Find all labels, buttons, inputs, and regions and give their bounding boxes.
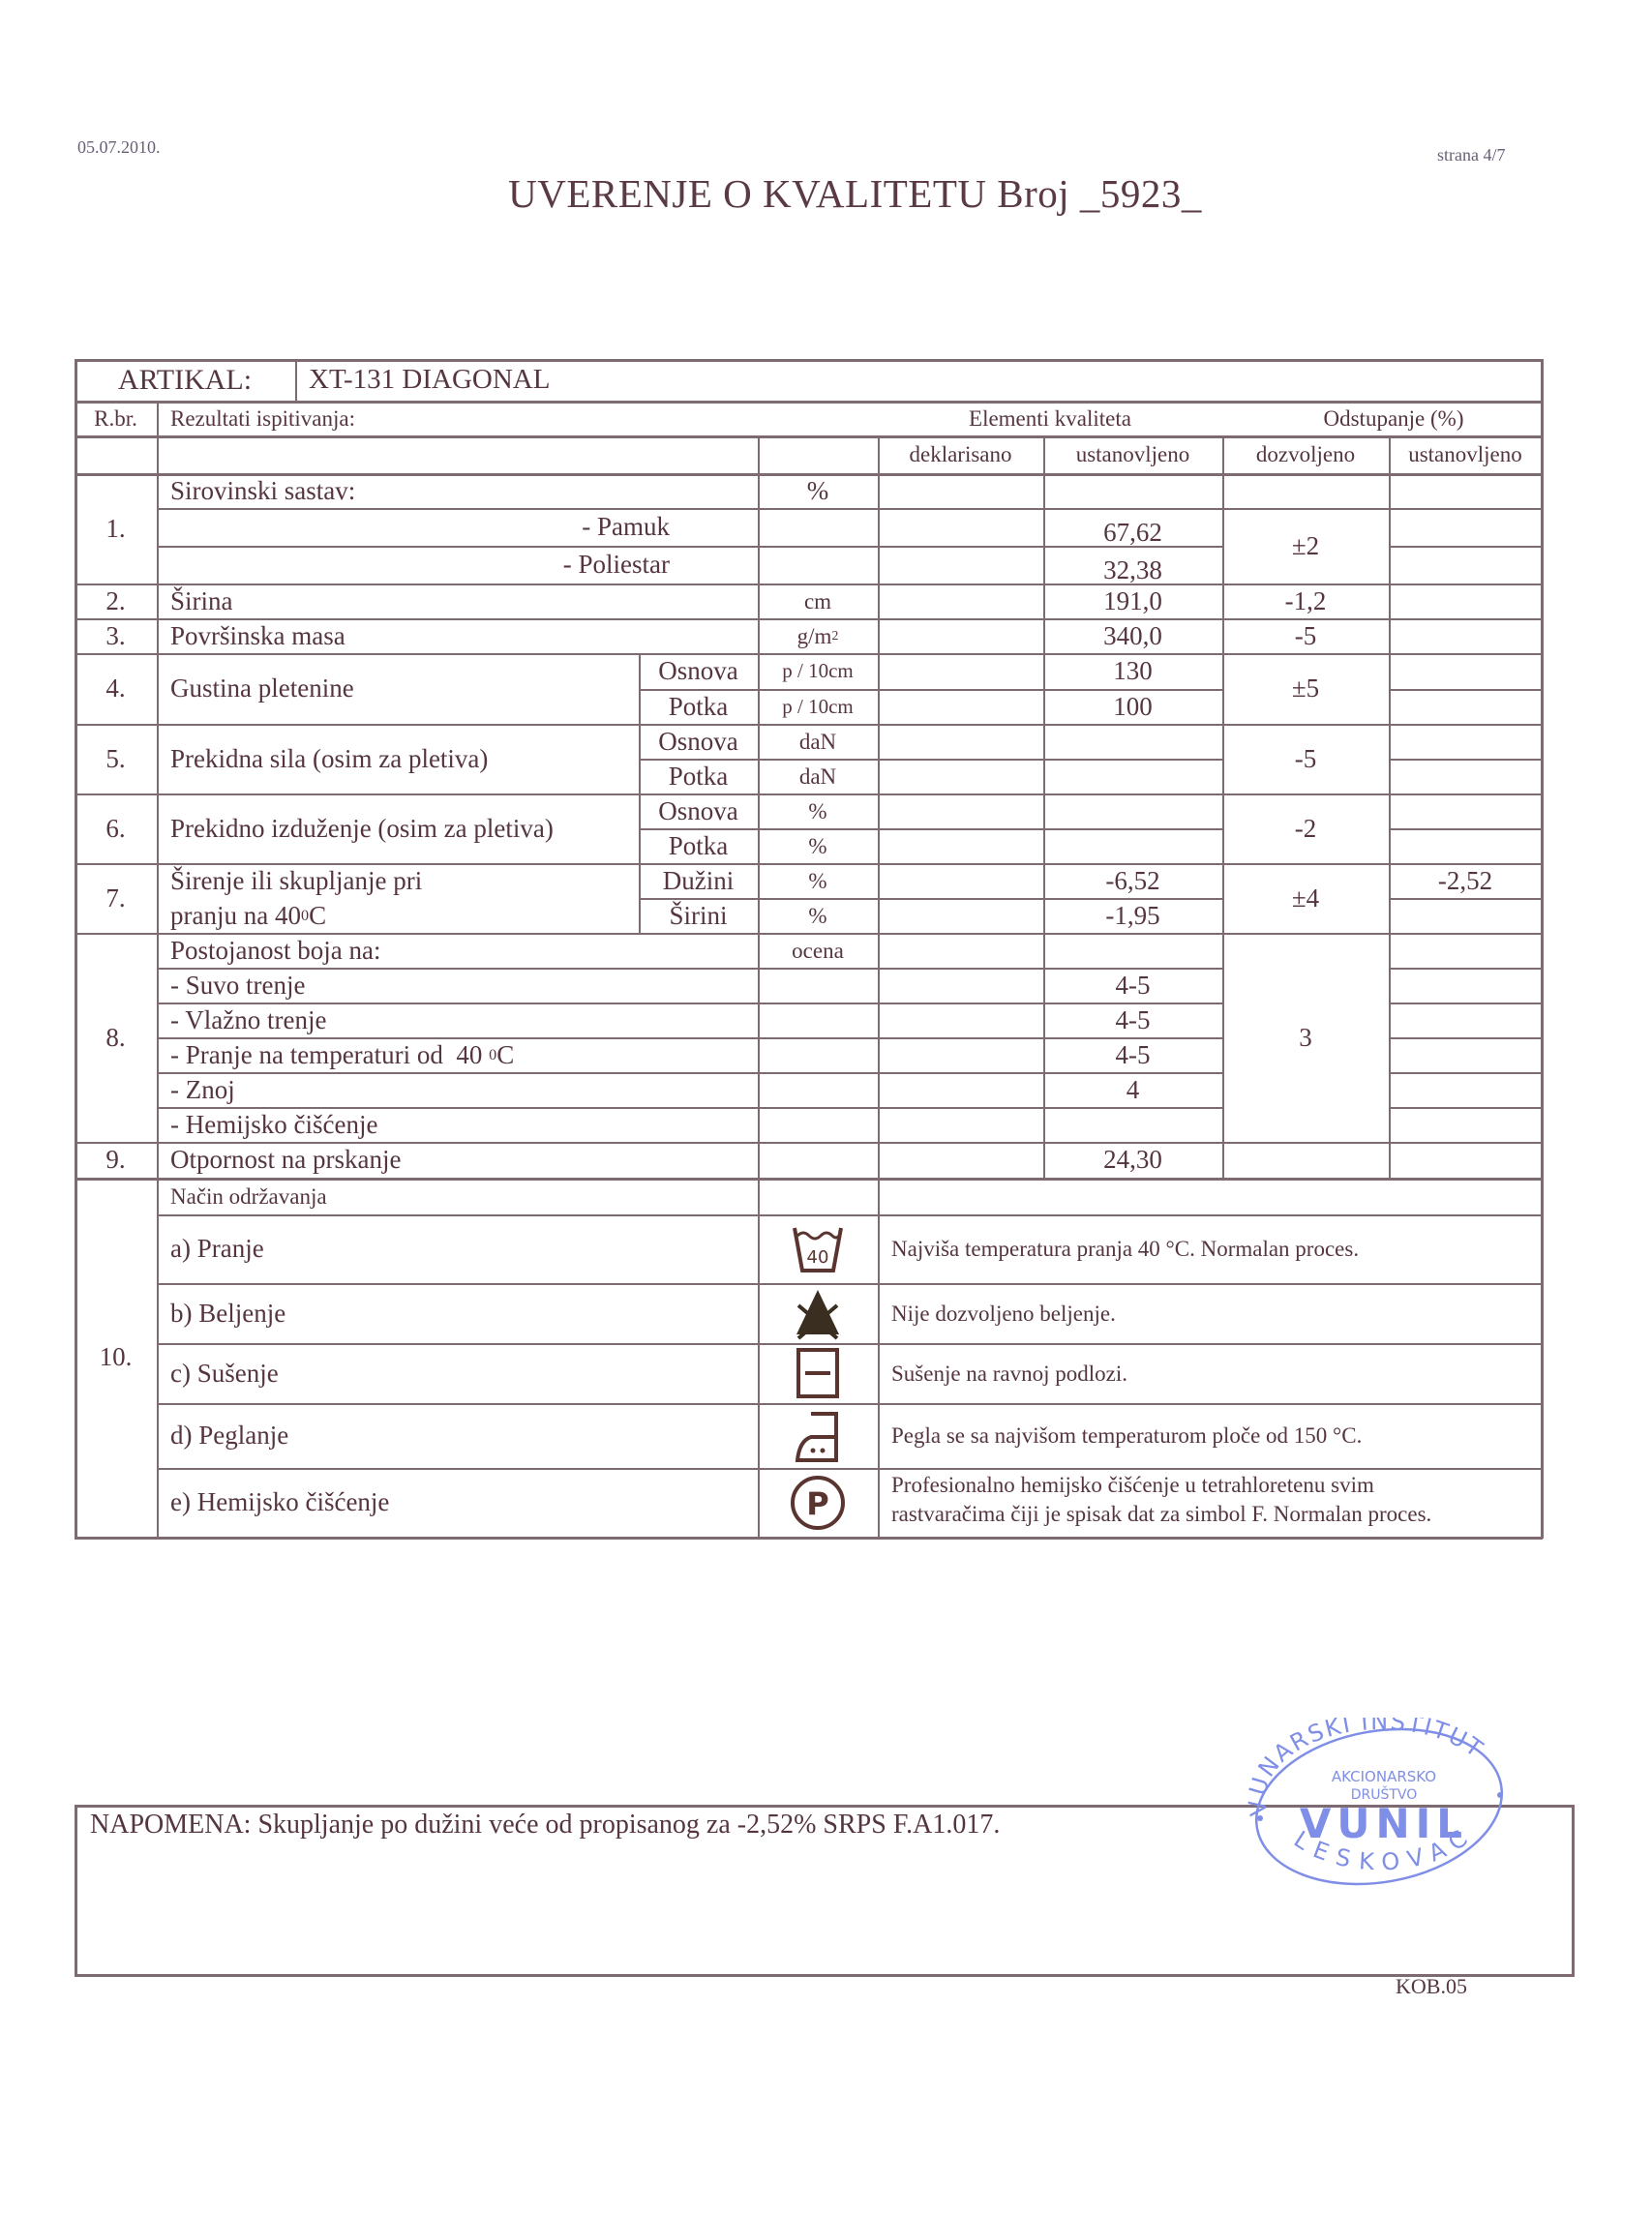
care-label-washing: a) Pranje — [157, 1214, 757, 1283]
row-unit: daN — [758, 724, 878, 759]
row-number: 2. — [75, 584, 157, 618]
sub-label: Potka — [639, 828, 758, 863]
row-title: Otpornost na prskanje — [157, 1142, 757, 1178]
row-title: Površinska masa — [157, 618, 757, 653]
allowed-value: ±5 — [1222, 653, 1389, 724]
sub-label: Osnova — [639, 793, 758, 828]
allowed-value: 3 — [1222, 933, 1389, 1142]
header-established-deviation: ustanovljeno — [1389, 435, 1542, 473]
grid-line — [758, 546, 878, 548]
established-value: 130 — [1043, 653, 1222, 689]
grid-line — [1389, 759, 1543, 761]
established-value: 100 — [1043, 689, 1222, 724]
row-number: 10. — [75, 1178, 157, 1537]
row-title-line1: Širenje ili skupljanje pri — [157, 863, 639, 898]
care-title: Način održavanja — [157, 1178, 757, 1214]
row-title: Prekidna sila (osim za pletiva) — [157, 724, 639, 793]
sub-label: Širini — [639, 898, 758, 933]
grid-line — [1389, 898, 1543, 900]
wash-40-icon: 40 — [758, 1214, 878, 1283]
row-number: 4. — [75, 653, 157, 724]
grid-line — [1389, 1107, 1543, 1109]
allowed-value: -5 — [1222, 618, 1389, 653]
sub-label: - Suvo trenje — [157, 968, 757, 1003]
header-declared: deklarisano — [878, 435, 1043, 473]
row-unit: % — [758, 473, 878, 508]
care-label-dry-cleaning: e) Hemijsko čišćenje — [157, 1468, 757, 1537]
svg-text:AKCIONARSKO: AKCIONARSKO — [1332, 1768, 1436, 1785]
header-established: ustanovljeno — [1043, 435, 1222, 473]
sub-label: Osnova — [639, 653, 758, 689]
header-allowed: dozvoljeno — [1222, 435, 1389, 473]
header-results: Rezultati ispitivanja: — [157, 401, 737, 435]
institute-stamp: VUNARSKI INSTITUT AKCIONARSKO DRUŠTVO VU… — [1239, 1718, 1519, 1892]
grid-line — [1389, 1072, 1543, 1074]
care-description-washing: Najviša temperatura pranja 40 °C. Normal… — [878, 1214, 1542, 1283]
row-unit: % — [758, 863, 878, 898]
sub-label: Osnova — [639, 724, 758, 759]
established-value: 4 — [1043, 1072, 1222, 1107]
grid-line — [1389, 1003, 1543, 1004]
dry-clean-p-icon: P — [758, 1468, 878, 1537]
row-title: Širina — [157, 584, 757, 618]
row-number: 6. — [75, 793, 157, 863]
care-description-ironing: Pegla se sa najvišom temperaturom ploče … — [878, 1403, 1542, 1468]
article-value: XT-131 DIAGONAL — [295, 359, 876, 401]
sub-label: Potka — [639, 689, 758, 724]
established-value: 4-5 — [1043, 968, 1222, 1003]
established-value: 4-5 — [1043, 1003, 1222, 1037]
established-value: 191,0 — [1043, 584, 1222, 618]
allowed-value: ±4 — [1222, 863, 1389, 933]
allowed-value: ±2 — [1222, 508, 1389, 584]
row-number: 8. — [75, 933, 157, 1142]
header-deviation: Odstupanje (%) — [1248, 401, 1539, 435]
care-description-dry-cleaning: Profesionalno hemijsko čišćenje u tetrah… — [891, 1471, 1540, 1529]
established-value: 24,30 — [1043, 1142, 1222, 1178]
allowed-value: -5 — [1222, 724, 1389, 793]
grid-line — [1389, 1037, 1543, 1039]
note-text: NAPOMENA: Skupljanje po dužini veće od p… — [90, 1810, 1000, 1841]
flat-dry-icon — [758, 1343, 878, 1403]
sub-label: - Vlažno trenje — [157, 1003, 757, 1037]
row-number: 1. — [75, 473, 157, 584]
care-description-bleaching: Nije dozvoljeno beljenje. — [878, 1283, 1542, 1343]
page-number: strana 4/7 — [1437, 145, 1505, 165]
grid-line — [1389, 828, 1543, 830]
sub-label: - Hemijsko čišćenje — [157, 1107, 757, 1142]
allowed-value: -2 — [1222, 793, 1389, 863]
row-unit: p / 10cm — [758, 689, 878, 724]
established-value: 67,62 — [1043, 508, 1222, 546]
established-value: -6,52 — [1043, 863, 1222, 898]
grid-line — [758, 508, 878, 510]
row-number: 9. — [75, 1142, 157, 1178]
care-label-ironing: d) Peglanje — [157, 1403, 757, 1468]
allowed-value: -1,2 — [1222, 584, 1389, 618]
header-quality-elements: Elementi kvaliteta — [878, 401, 1222, 435]
sub-label: - Poliestar — [157, 546, 670, 584]
row-title: Postojanost boja na: — [157, 933, 757, 968]
row-unit: ocena — [758, 933, 878, 968]
row-title-line2: pranju na 400C — [157, 898, 639, 933]
sub-label: - Pamuk — [157, 508, 670, 546]
document-date: 05.07.2010. — [77, 137, 161, 158]
established-value: 340,0 — [1043, 618, 1222, 653]
iron-two-dots-icon — [758, 1403, 878, 1468]
article-label: ARTIKAL: — [75, 359, 295, 401]
sub-label: - Pranje na temperaturi od 40 0C — [157, 1037, 757, 1072]
row-unit: daN — [758, 759, 878, 793]
sub-label: Potka — [639, 759, 758, 793]
sub-label: Dužini — [639, 863, 758, 898]
svg-text:40: 40 — [807, 1247, 829, 1268]
care-description-drying: Sušenje na ravnoj podlozi. — [878, 1343, 1542, 1403]
row-unit: cm — [758, 584, 878, 618]
row-unit: % — [758, 828, 878, 863]
row-title: Prekidno izduženje (osim za pletiva) — [157, 793, 639, 863]
no-bleach-icon — [758, 1283, 878, 1343]
row-number: 7. — [75, 863, 157, 933]
established-value: -1,95 — [1043, 898, 1222, 933]
row-title: Sirovinski sastav: — [157, 473, 757, 508]
row-title: Gustina pletenine — [157, 653, 639, 724]
row-unit: p / 10cm — [758, 653, 878, 689]
row-number: 5. — [75, 724, 157, 793]
care-label-drying: c) Sušenje — [157, 1343, 757, 1403]
row-unit: g/m2 — [758, 618, 878, 653]
grid-line — [75, 1537, 1543, 1540]
svg-text:P: P — [806, 1485, 828, 1522]
row-unit: % — [758, 793, 878, 828]
document-title: UVERENJE O KVALITETU Broj _5923_ — [0, 170, 1652, 217]
sub-label: - Znoj — [157, 1072, 757, 1107]
row-number: 3. — [75, 618, 157, 653]
deviation-established-value: -2,52 — [1389, 863, 1542, 898]
care-label-bleaching: b) Beljenje — [157, 1283, 757, 1343]
grid-line — [1389, 689, 1543, 691]
grid-line — [1389, 546, 1543, 548]
established-value: 32,38 — [1043, 546, 1222, 584]
established-value: 4-5 — [1043, 1037, 1222, 1072]
form-code: KOB.05 — [1396, 1974, 1467, 1999]
row-unit: % — [758, 898, 878, 933]
header-rbr: R.br. — [75, 401, 157, 435]
grid-line — [1389, 968, 1543, 970]
